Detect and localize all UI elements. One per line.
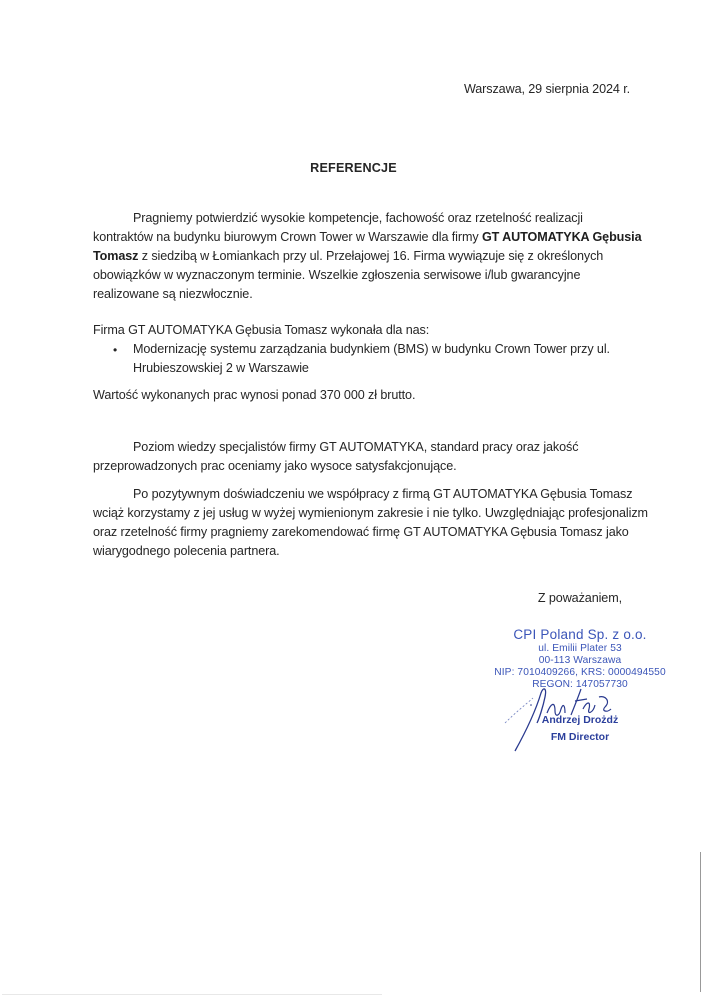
text-run: kontraktów na budynku biurowym Crown Tow… [93, 230, 482, 244]
text-run: Pragniemy potwierdzić wysokie kompetencj… [133, 211, 583, 225]
text-run: realizowane są niezwłocznie. [93, 287, 253, 301]
paragraph-intro: Pragniemy potwierdzić wysokie kompetencj… [93, 209, 623, 304]
scan-bottom-edge [2, 994, 382, 995]
company-stamp: CPI Poland Sp. z o.o. ul. Emilii Plater … [470, 627, 690, 691]
value-line: Wartość wykonanych prac wynosi ponad 370… [93, 386, 415, 405]
paragraph-line: Poziom wiedzy specjalistów firmy GT AUTO… [93, 438, 623, 457]
stamp-company: CPI Poland Sp. z o.o. [470, 627, 690, 643]
company-name-emphasis: Tomasz [93, 249, 138, 263]
paragraph-line: Tomasz z siedzibą w Łomiankach przy ul. … [93, 247, 623, 266]
company-name-emphasis: GT AUTOMATYKA Gębusia [482, 230, 642, 244]
paragraph-line: kontraktów na budynku biurowym Crown Tow… [93, 228, 623, 247]
stamp-nip-krs: NIP: 7010409266, KRS: 0000494550 [470, 667, 690, 679]
signatory-name: Andrzej Drożdż [520, 714, 640, 726]
paragraph-line: wciąż korzystamy z jej usług w wyżej wym… [93, 504, 623, 523]
paragraph-line: oraz rzetelność firmy pragniemy zarekome… [93, 523, 623, 542]
text-run: z siedzibą w Łomiankach przy ul. Przełaj… [138, 249, 603, 263]
document-title: REFERENCJE [0, 161, 707, 175]
paragraph-line: obowiązków w wyznaczonym terminie. Wszel… [93, 266, 623, 285]
paragraph-line: Pragniemy potwierdzić wysokie kompetencj… [93, 209, 623, 228]
paragraph-line: realizowane są niezwłocznie. [93, 285, 623, 304]
stamp-city: 00-113 Warszawa [470, 655, 690, 667]
date-line: Warszawa, 29 sierpnia 2024 r. [0, 80, 630, 99]
paragraph-line: wiarygodnego polecenia partnera. [93, 542, 623, 561]
text-run: obowiązków w wyznaczonym terminie. Wszel… [93, 268, 580, 282]
paragraph-line: Po pozytywnym doświadczeniu we współprac… [93, 485, 623, 504]
stamp-street: ul. Emilii Plater 53 [470, 643, 690, 655]
intro-line: Firma GT AUTOMATYKA Gębusia Tomasz wykon… [93, 321, 429, 340]
signatory-role: FM Director [520, 731, 640, 743]
paragraph-line: przeprowadzonych prac oceniamy jako wyso… [93, 457, 623, 476]
scan-edge-line [700, 852, 701, 992]
paragraph-recommendation: Po pozytywnym doświadczeniu we współprac… [93, 485, 623, 561]
bullet-item: Modernizację systemu zarządzania budynki… [133, 340, 610, 378]
bullet-icon: • [113, 341, 117, 360]
bullet-item-line: Modernizację systemu zarządzania budynki… [133, 340, 610, 359]
letter-page: Warszawa, 29 sierpnia 2024 r. REFERENCJE… [0, 0, 707, 1000]
paragraph-assessment: Poziom wiedzy specjalistów firmy GT AUTO… [93, 438, 623, 476]
bullet-item-line: Hrubieszowskiej 2 w Warszawie [133, 359, 610, 378]
closing-salutation: Z poważaniem, [0, 589, 622, 608]
